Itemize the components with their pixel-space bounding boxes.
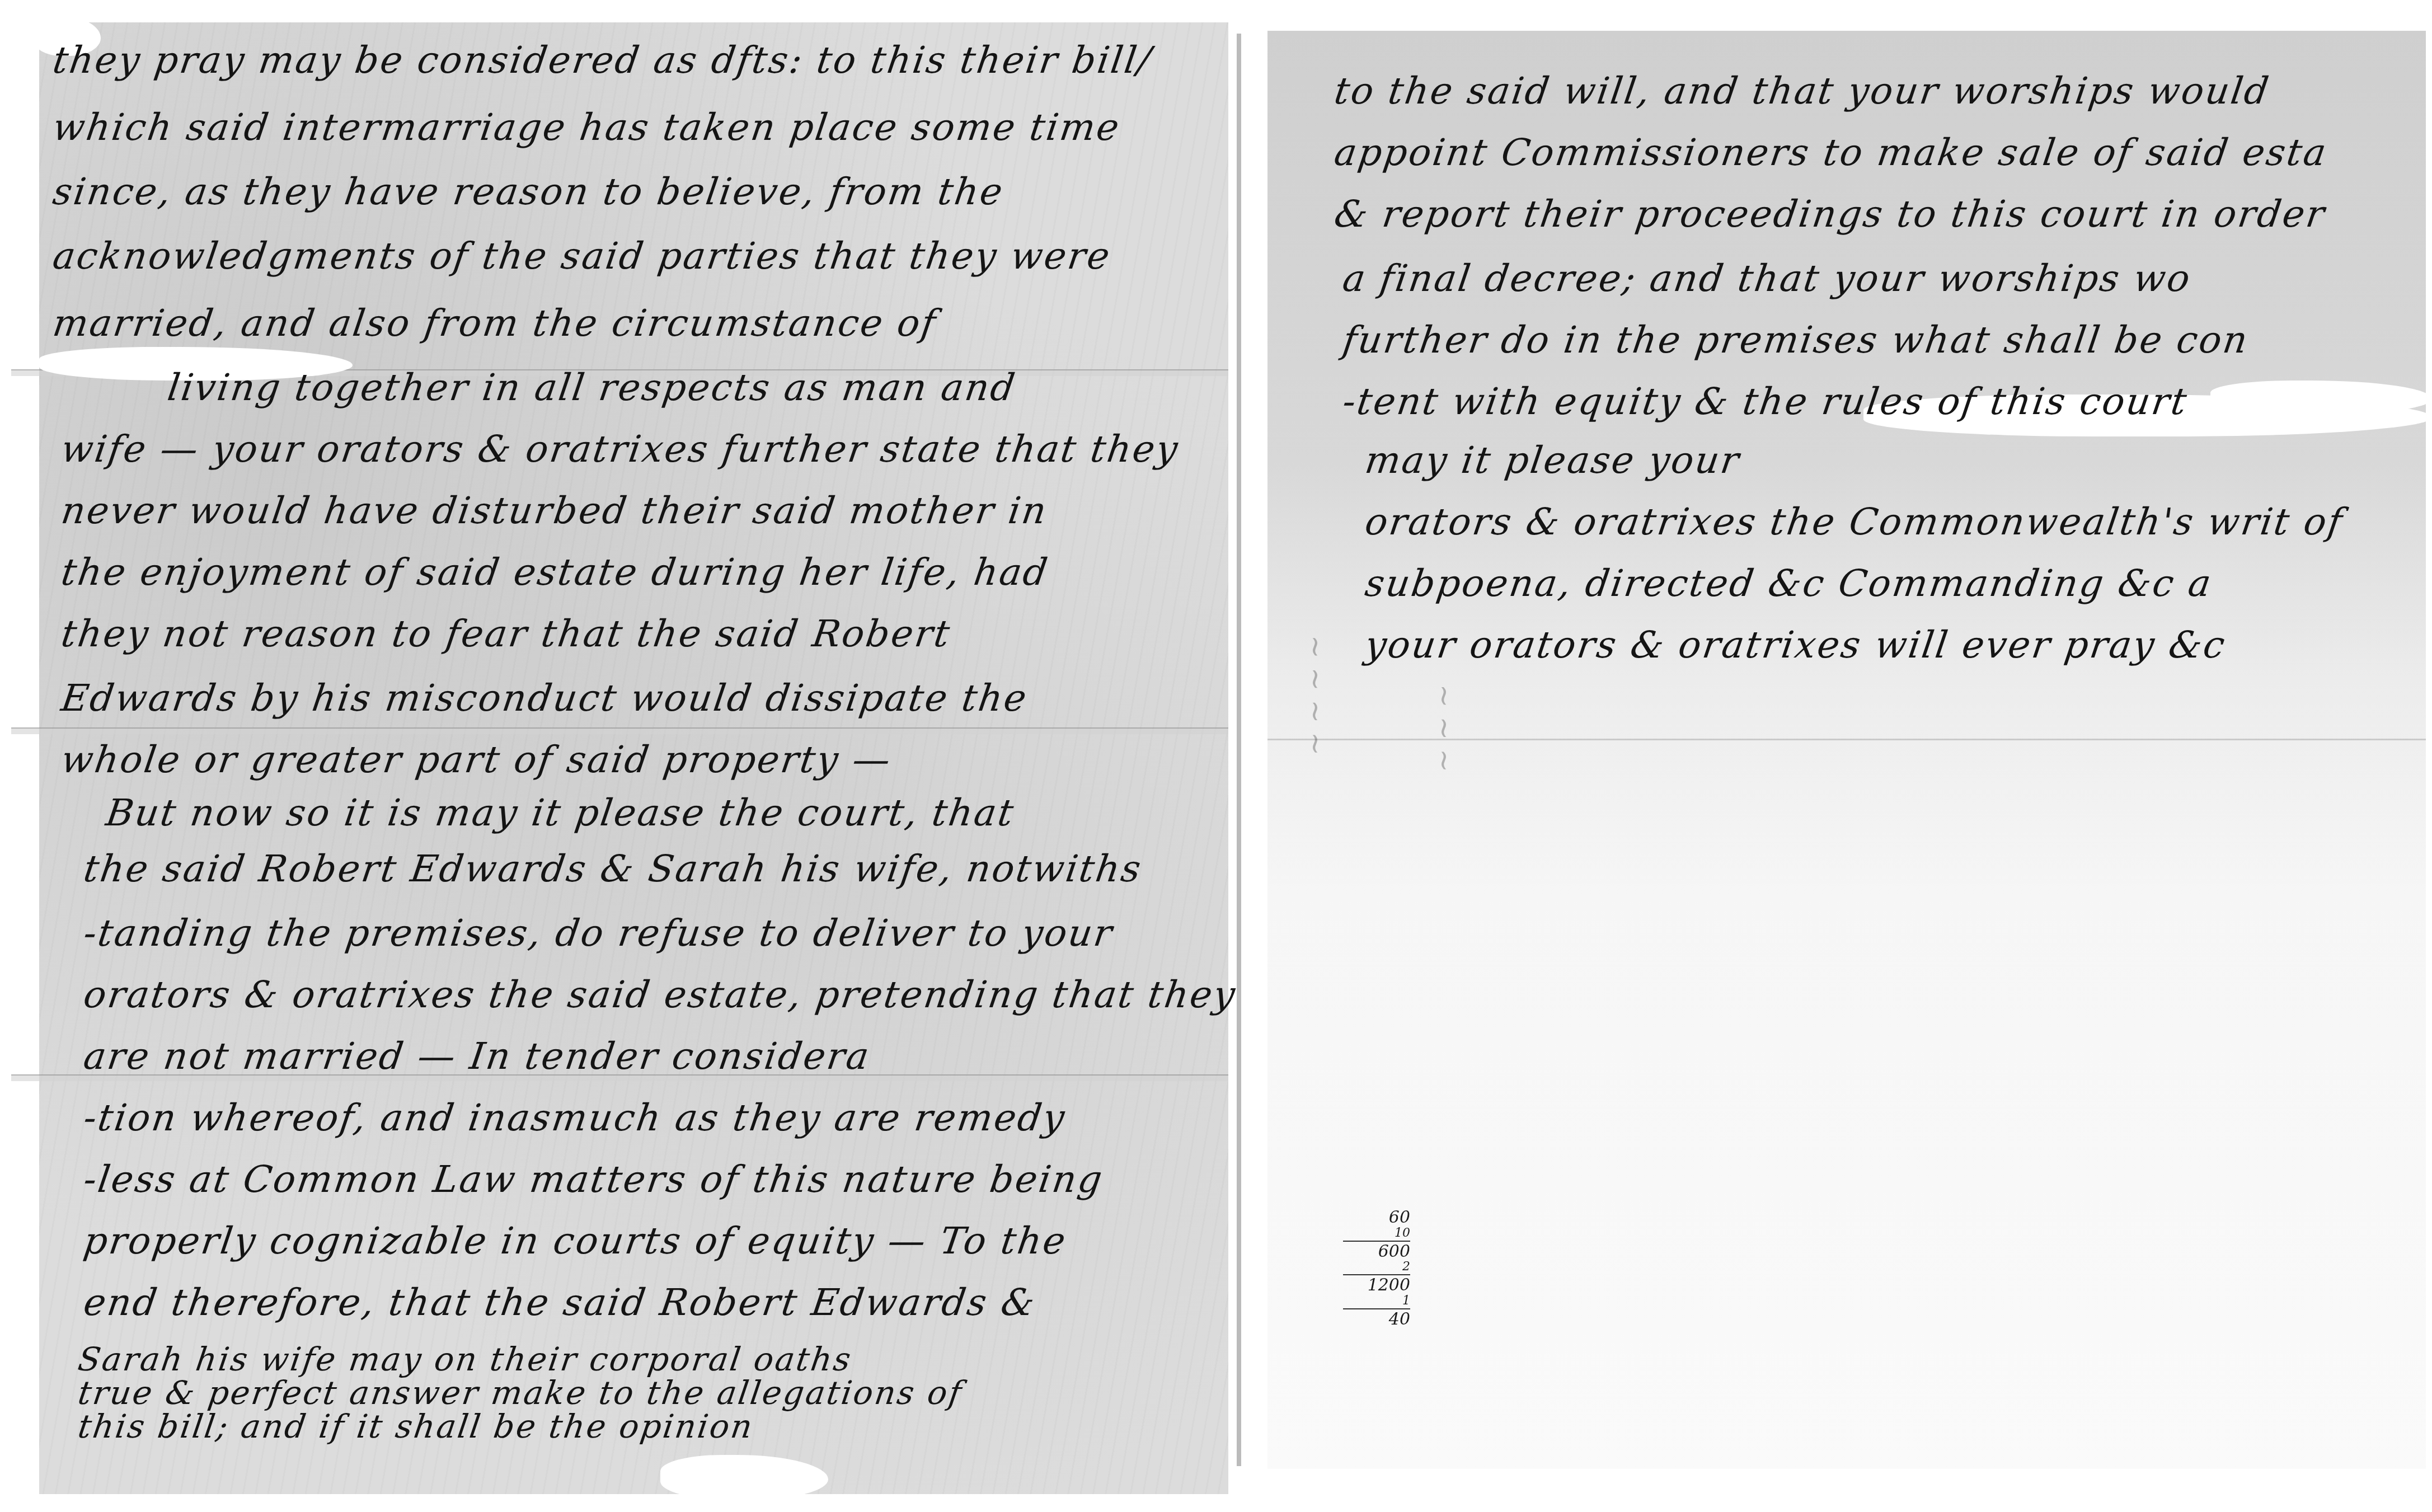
calc-result: 40 — [1343, 1311, 1410, 1328]
handwritten-line: further do in the premises what shall be… — [1340, 322, 2251, 359]
handwritten-line: subpoena, directed &c Commanding &c a — [1363, 565, 2215, 602]
bleed-through-marks: ~ ~ ~ — [1427, 684, 1459, 772]
handwritten-line: whole or greater part of said property — — [59, 741, 894, 778]
page-gutter — [1237, 34, 1241, 1466]
handwritten-line: wife — your orators & oratrixes further … — [59, 431, 1181, 468]
handwritten-line: are not married — In tender considera — [81, 1038, 872, 1075]
handwritten-line: may it please your — [1363, 442, 1743, 479]
handwritten-line: the said Robert Edwards & Sarah his wife… — [81, 851, 1144, 888]
paper-fold-strip — [11, 727, 1228, 734]
handwritten-line: -tion whereof, and inasmuch as they are … — [81, 1100, 1068, 1137]
handwritten-line: true & perfect answer make to the allega… — [76, 1377, 965, 1409]
handwritten-line: your orators & oratrixes will ever pray … — [1363, 627, 2228, 664]
handwritten-line: they not reason to fear that the said Ro… — [59, 616, 953, 652]
handwritten-line: a final decree; and that your worships w… — [1340, 260, 2194, 297]
handwritten-line: Sarah his wife may on their corporal oat… — [76, 1343, 855, 1375]
handwritten-line: this bill; and if it shall be the opinio… — [76, 1410, 756, 1443]
handwritten-line: married, and also from the circumstance … — [50, 305, 939, 342]
handwritten-line: orators & oratrixes the said estate, pre… — [81, 976, 1238, 1013]
handwritten-line: to the said will, and that your worships… — [1332, 73, 2272, 110]
calc-value: 600 — [1343, 1243, 1410, 1261]
calc-value: 60 — [1343, 1209, 1410, 1227]
handwritten-line: -less at Common Law matters of this natu… — [81, 1161, 1106, 1198]
calc-value: 1200 — [1343, 1276, 1410, 1294]
handwritten-line: they pray may be considered as dfts: to … — [50, 42, 1154, 79]
handwritten-line: since, as they have reason to believe, f… — [50, 173, 1006, 210]
handwritten-line: -tent with equity & the rules of this co… — [1340, 383, 2190, 420]
margin-calculation: 60 10 600 2 1200 1 40 — [1343, 1209, 1410, 1328]
handwritten-line: appoint Commissioners to make sale of sa… — [1332, 134, 2330, 171]
calc-multiplier: 2 — [1343, 1260, 1410, 1273]
handwritten-line: acknowledgments of the said parties that… — [50, 238, 1113, 275]
handwritten-line: living together in all respects as man a… — [165, 369, 1018, 406]
handwritten-line: orators & oratrixes the Commonwealth's w… — [1363, 504, 2346, 541]
handwritten-line: end therefore, that the said Robert Edwa… — [81, 1284, 1038, 1321]
handwritten-line: never would have disturbed their said mo… — [59, 492, 1050, 529]
handwritten-line: But now so it is may it please the court… — [104, 795, 1017, 832]
calc-multiplier: 10 — [1343, 1227, 1410, 1239]
handwritten-line: properly cognizable in courts of equity … — [81, 1223, 1069, 1260]
handwritten-line: & report their proceedings to this court… — [1332, 196, 2328, 233]
handwritten-line: the enjoyment of said estate during her … — [59, 554, 1051, 591]
calc-multiplier: 1 — [1343, 1294, 1410, 1307]
bleed-through-marks: ~ ~ ~ ~ — [1298, 635, 1331, 755]
handwritten-line: Edwards by his misconduct would dissipat… — [59, 680, 1030, 717]
handwritten-line: which said intermarriage has taken place… — [50, 109, 1123, 146]
handwritten-line: -tanding the premises, do refuse to deli… — [81, 915, 1116, 952]
